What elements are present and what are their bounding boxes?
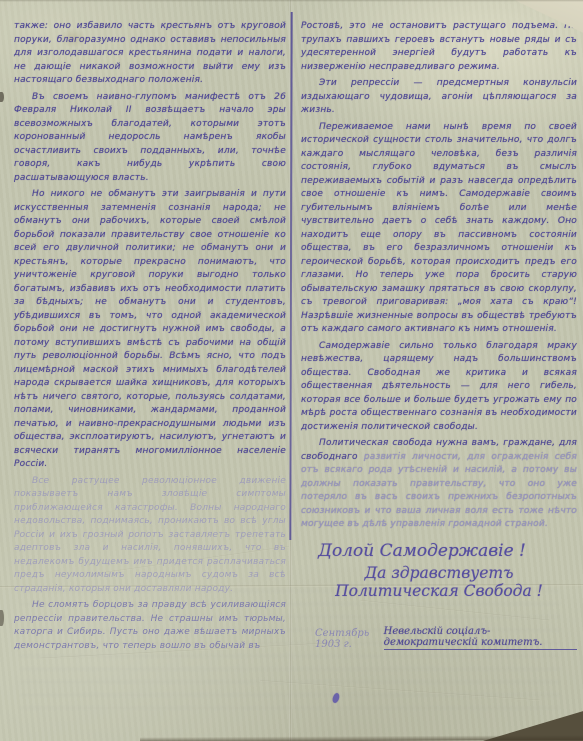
leaflet-page: также: оно избавило часть крестьянъ отъ … [0,0,583,741]
left-edge-nick [0,92,4,102]
top-edge-shadow [0,0,583,2]
left-edge-nick [0,610,4,626]
footer-row: Сентябрь 1903 г. Невельскій соціалъ-демо… [301,626,577,650]
paragraph: также: оно избавило часть крестьянъ отъ … [14,20,286,88]
paragraph-faded: Не сломятъ борцовъ за правду всѣ усилива… [14,599,286,653]
column-divider-line [289,12,292,540]
left-column: также: оно избавило часть крестьянъ отъ … [14,20,286,656]
paragraph: Эти репрессіи — предсмертныя конвульсіи … [301,77,577,118]
paragraph-partly-faded: Политическая свобода нужна вамъ, граждан… [301,437,577,532]
paragraph: Но никого не обманутъ эти заигрыванія и … [14,188,286,472]
paragraph: Ростовѣ, это не остановитъ растущаго под… [301,20,577,74]
paragraph: Въ своемъ наивно-глупомъ манифестѣ отъ 2… [14,91,286,186]
paragraph-faded-rest: развитія личности, для огражденія себя о… [301,452,577,530]
slogan-down-with-autocracy: Долой Самодержавіе ! [301,541,577,561]
committee-signature: Невельскій соціалъ-демократическій комит… [384,626,577,650]
date-label: Сентябрь 1903 г. [315,628,384,650]
right-column: Ростовѣ, это не остановитъ растущаго под… [301,20,577,650]
slogan-long-live-political-freedom: Да здравствуетъ Политическая Свобода ! [301,564,577,600]
bottom-edge-shadow [140,735,583,741]
paragraph-faded: Все растущее революціонное движеніе пока… [14,475,286,597]
paragraph: Самодержавіе сильно только благодаря мра… [301,340,577,435]
paragraph: Переживаемое нами нынѣ время по своей ис… [301,121,577,337]
